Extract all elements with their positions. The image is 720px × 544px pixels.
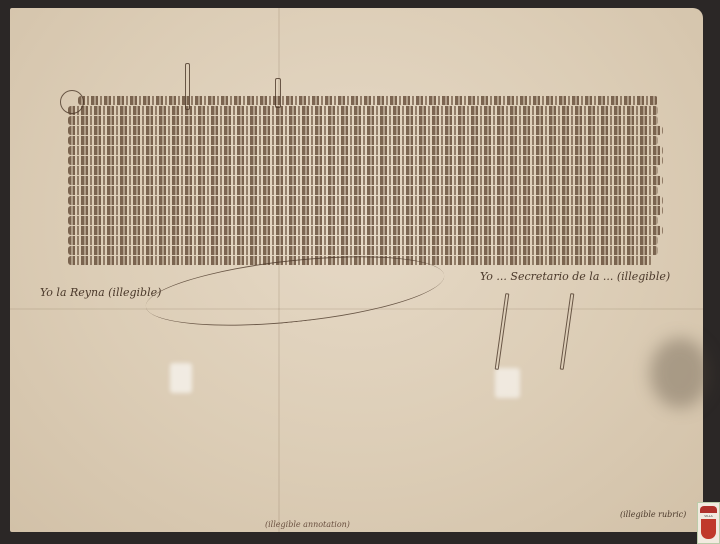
right-subscription: Yo ... Secretario de la ... (illegible) bbox=[480, 270, 670, 283]
left-signature: Yo la Reyna (illegible) bbox=[40, 286, 161, 299]
main-text-block bbox=[68, 96, 698, 264]
shield-icon bbox=[701, 519, 716, 539]
ink-stain bbox=[650, 338, 710, 408]
parchment-sheet: Yo la Reyna (illegible) Yo ... Secretari… bbox=[10, 8, 703, 532]
bottom-right-rubric: (illegible rubric) bbox=[620, 510, 686, 519]
crown-icon bbox=[700, 506, 717, 513]
pale-spot bbox=[170, 363, 192, 393]
ascender-flourish bbox=[275, 78, 281, 108]
bottom-annotation: (illegible annotation) bbox=[265, 520, 350, 529]
descender-stroke bbox=[560, 293, 575, 370]
ascender-flourish bbox=[185, 63, 190, 110]
descender-stroke bbox=[495, 293, 510, 370]
coat-of-arms-logo: VILLA bbox=[697, 502, 720, 544]
pale-spot bbox=[495, 368, 520, 398]
initial-flourish bbox=[60, 90, 84, 114]
